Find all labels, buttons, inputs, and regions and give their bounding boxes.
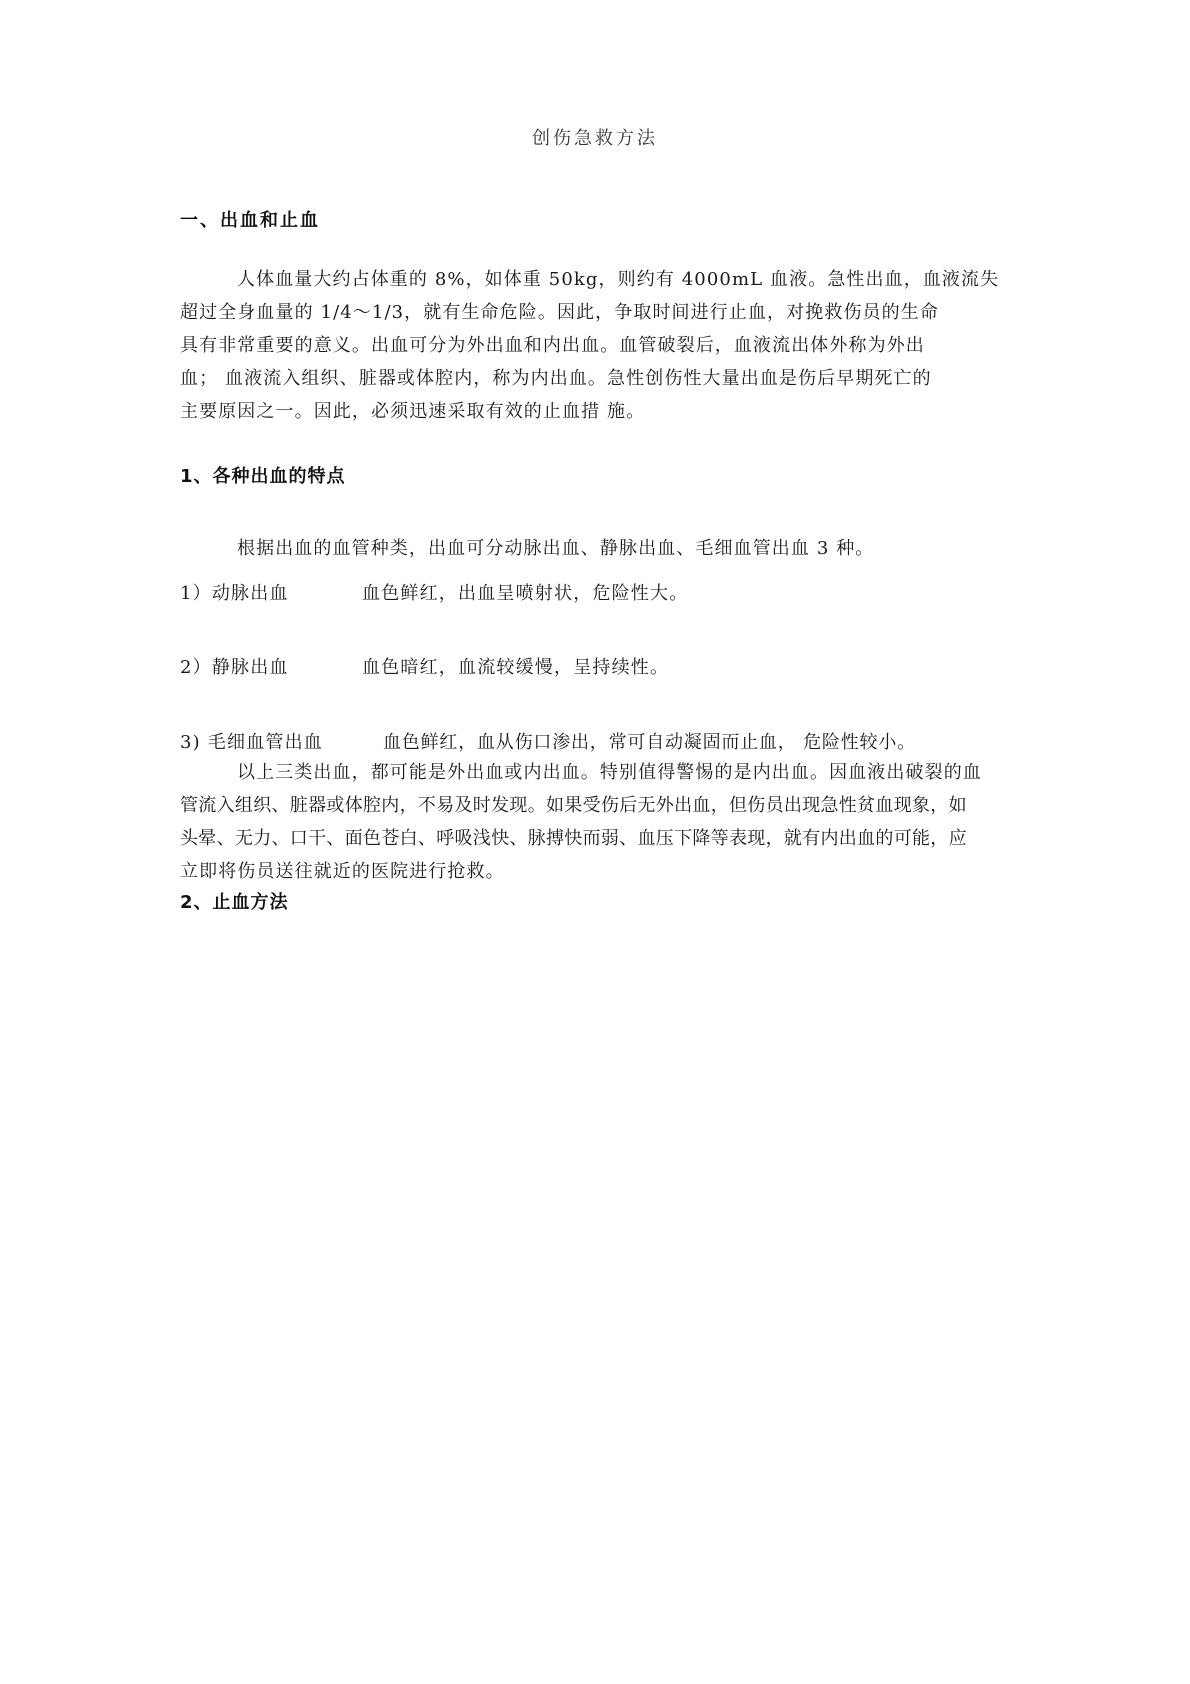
bleeding-type-venous: 2）静脉出血 血色暗红，血流较缓慢，呈持续性。	[180, 653, 289, 679]
bleeding-type-label: 3) 毛细血管出血	[180, 728, 323, 754]
bleeding-type-label: 2）静脉出血	[180, 653, 289, 679]
paragraph-line: 具有非常重要的意义。出血可分为外出血和内出血。血管破裂后，血液流出体外称为外出	[180, 329, 1012, 362]
bleeding-type-description: 血色鲜红，血从伤口渗出，常可自动凝固而止血， 危险性较小。	[383, 728, 916, 754]
paragraph-line: 主要原因之一。因此，必须迅速采取有效的止血措 施。	[180, 395, 1012, 428]
paragraph-line: 管流入组织、脏器或体腔内，不易及时发现。如果受伤后无外出血，但伤员出现急性贫血现…	[180, 789, 1012, 822]
paragraph-line: 以上三类出血，都可能是外出血或内出血。特别值得警惕的是内出血。因血液出破裂的血	[180, 756, 1012, 789]
paragraph-line: 血； 血液流入组织、脏器或体腔内，称为内出血。急性创伤性大量出血是伤后早期死亡的	[180, 362, 1012, 395]
document-page: 创伤急救方法 一、出血和止血 人体血量大约占体重的 8%，如体重 50kg，则约…	[0, 0, 1190, 1684]
paragraph-line: 超过全身血量的 1/4～1/3，就有生命危险。因此，争取时间进行止血，对挽救伤员…	[180, 296, 1012, 329]
subsection-heading-hemostasis: 2、止血方法	[180, 888, 289, 914]
bleeding-type-arterial: 1）动脉出血 血色鲜红，出血呈喷射状，危险性大。	[180, 579, 289, 605]
paragraph-line: 根据出血的血管种类，出血可分动脉出血、静脉出血、毛细血管出血 3 种。	[180, 532, 1012, 565]
paragraph-line: 人体血量大约占体重的 8%，如体重 50kg，则约有 4000mL 血液。急性出…	[180, 263, 1012, 296]
bleeding-type-capillary: 3) 毛细血管出血 血色鲜红，血从伤口渗出，常可自动凝固而止血， 危险性较小。	[180, 728, 323, 754]
intro-paragraph: 人体血量大约占体重的 8%，如体重 50kg，则约有 4000mL 血液。急性出…	[180, 263, 1012, 428]
paragraph-line: 头晕、无力、口干、面色苍白、呼吸浅快、脉搏快而弱、血压下降等表现，就有内出血的可…	[180, 822, 1012, 855]
document-title: 创伤急救方法	[0, 124, 1190, 150]
bleeding-type-description: 血色暗红，血流较缓慢，呈持续性。	[362, 653, 669, 679]
internal-bleeding-note: 以上三类出血，都可能是外出血或内出血。特别值得警惕的是内出血。因血液出破裂的血 …	[180, 756, 1012, 888]
paragraph-line: 立即将伤员送往就近的医院进行抢救。	[180, 855, 1012, 888]
bleeding-type-description: 血色鲜红，出血呈喷射状，危险性大。	[362, 579, 688, 605]
types-intro-paragraph: 根据出血的血管种类，出血可分动脉出血、静脉出血、毛细血管出血 3 种。	[180, 532, 1012, 565]
bleeding-type-label: 1）动脉出血	[180, 579, 289, 605]
subsection-heading-types: 1、各种出血的特点	[180, 462, 346, 488]
section-heading-bleeding: 一、出血和止血	[180, 206, 320, 232]
